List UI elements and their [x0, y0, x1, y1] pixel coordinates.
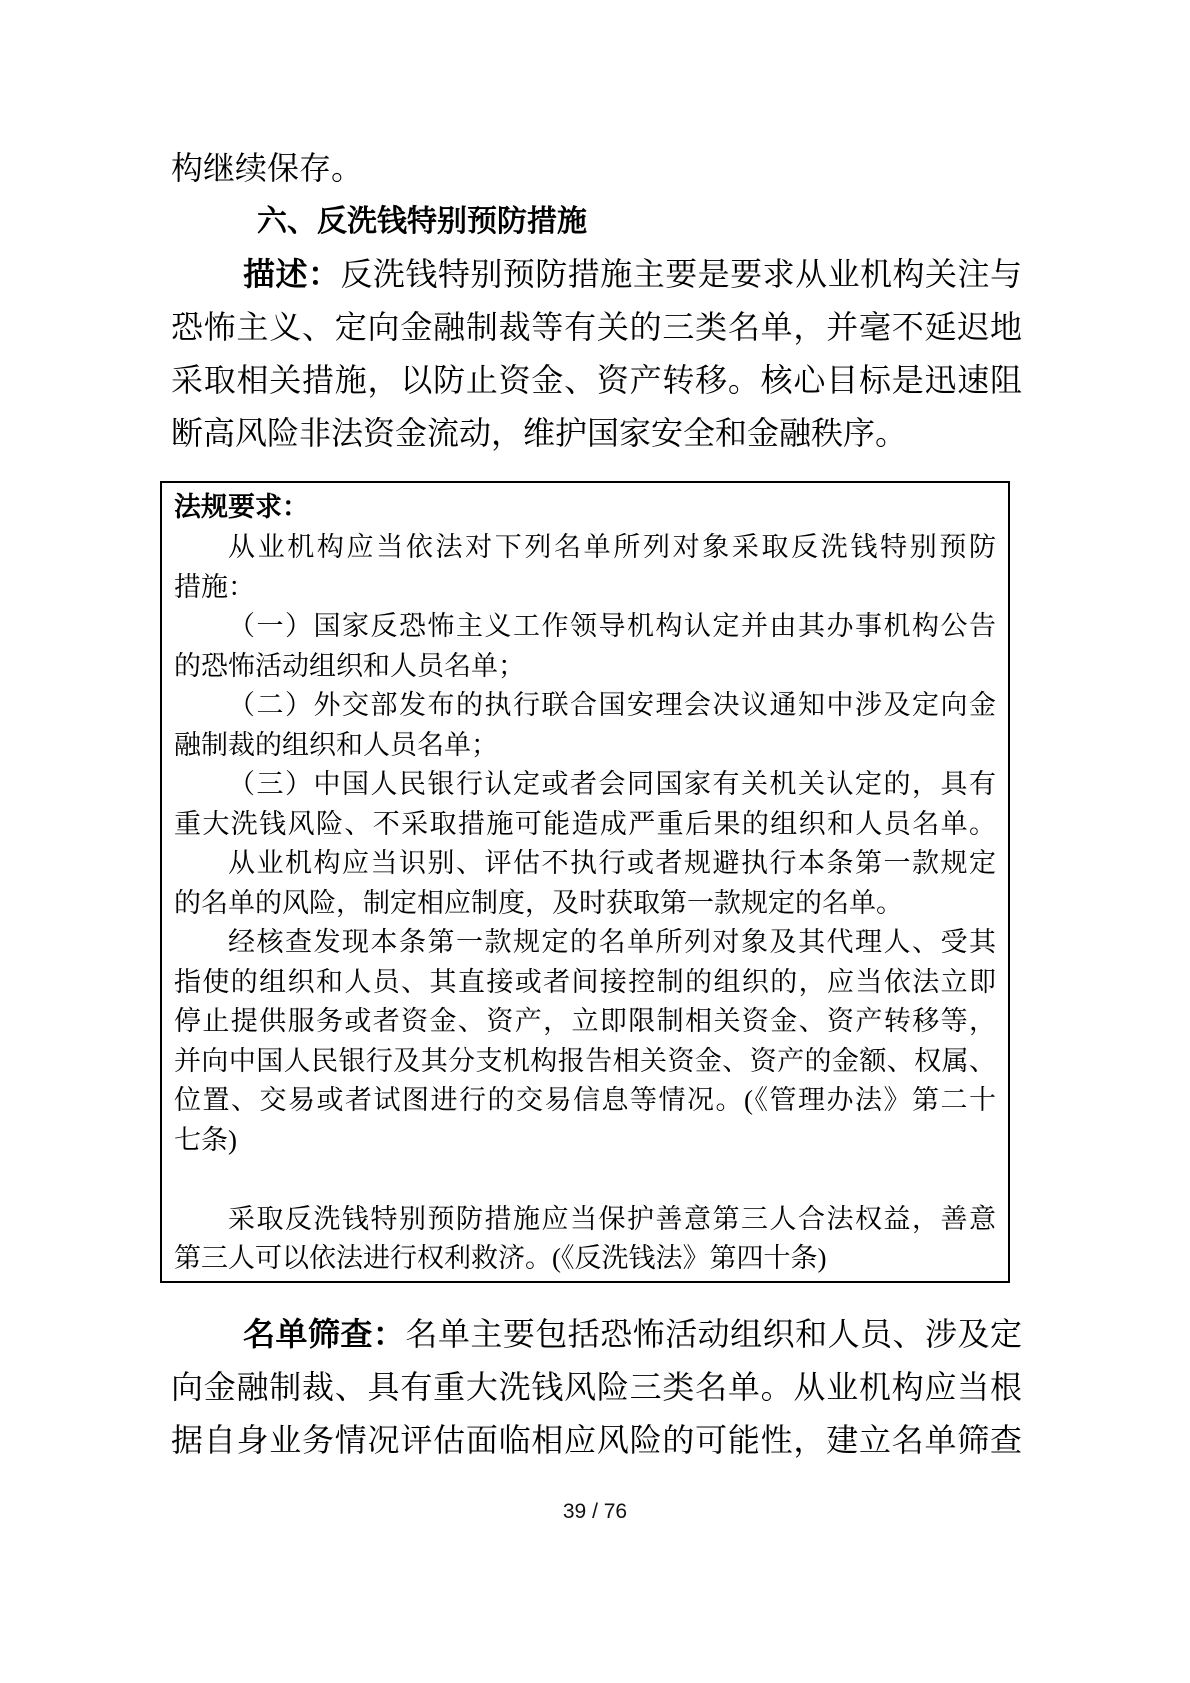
regulation-line: （一）国家反恐怖主义工作领导机构认定并由其办事机构公告	[174, 607, 996, 647]
regulation-line: 第三人可以依法进行权利救济。(《反洗钱法》第四十条)	[174, 1239, 996, 1279]
regulation-line: 采取反洗钱特别预防措施应当保护善意第三人合法权益，善意	[174, 1200, 996, 1240]
regulation-box-title: 法规要求：	[174, 487, 996, 528]
regulation-line: 停止提供服务或者资金、资产，立即限制相关资金、资产转移等，	[174, 1002, 996, 1042]
document-page: 构继续保存。 六、反洗钱特别预防措施 描述：反洗钱特别预防措施主要是要求从业机构…	[0, 0, 1190, 1683]
regulation-line: 的恐怖活动组织和人员名单；	[174, 647, 996, 687]
regulation-line: 从业机构应当依法对下列名单所列对象采取反洗钱特别预防	[174, 528, 996, 568]
regulation-line: 重大洗钱风险、不采取措施可能造成严重后果的组织和人员名单。	[174, 805, 996, 845]
page-footer: 39 / 76	[0, 1500, 1190, 1524]
paragraph-text: 名单主要包括恐怖活动组织和人员、涉及定	[405, 1316, 1022, 1352]
paragraph-line: 断高风险非法资金流动，维护国家安全和金融秩序。	[171, 407, 1022, 460]
document-body: 构继续保存。 六、反洗钱特别预防措施 描述：反洗钱特别预防措施主要是要求从业机构…	[0, 0, 1190, 1467]
paragraph-text: 反洗钱特别预防措施主要是要求从业机构关注与	[340, 256, 1022, 292]
regulation-line: 的名单的风险，制定相应制度，及时获取第一款规定的名单。	[174, 884, 996, 924]
regulation-line: 经核查发现本条第一款规定的名单所列对象及其代理人、受其	[174, 923, 996, 963]
paragraph-line: 恐怖主义、定向金融制裁等有关的三类名单，并毫不延迟地	[171, 301, 1022, 354]
regulation-line: 措施：	[174, 568, 996, 608]
page-number: 39 / 76	[563, 1500, 627, 1523]
paragraph-line: 向金融制裁、具有重大洗钱风险三类名单。从业机构应当根	[171, 1361, 1022, 1414]
regulation-line: 七条)	[174, 1121, 996, 1161]
screening-label: 名单筛查：	[243, 1316, 405, 1352]
regulation-line: 并向中国人民银行及其分支机构报告相关资金、资产的金额、权属、	[174, 1042, 996, 1082]
regulation-box: 法规要求： 从业机构应当依法对下列名单所列对象采取反洗钱特别预防 措施： （一）…	[160, 481, 1010, 1283]
section-heading: 六、反洗钱特别预防措施	[171, 195, 1022, 248]
paragraph-line: 据自身业务情况评估面临相应风险的可能性，建立名单筛查	[171, 1414, 1022, 1467]
description-label: 描述：	[243, 256, 340, 292]
regulation-line: 融制裁的组织和人员名单；	[174, 726, 996, 766]
paragraph-line: 名单筛查：名单主要包括恐怖活动组织和人员、涉及定	[171, 1308, 1022, 1361]
regulation-line: 从业机构应当识别、评估不执行或者规避执行本条第一款规定	[174, 844, 996, 884]
paragraph-line: 描述：反洗钱特别预防措施主要是要求从业机构关注与	[171, 248, 1022, 301]
regulation-line: （三）中国人民银行认定或者会同国家有关机关认定的，具有	[174, 765, 996, 805]
regulation-line: （二）外交部发布的执行联合国安理会决议通知中涉及定向金	[174, 686, 996, 726]
regulation-line: 指使的组织和人员、其直接或者间接控制的组织的，应当依法立即	[174, 963, 996, 1003]
blank-line	[174, 1160, 996, 1200]
paragraph-line: 构继续保存。	[171, 142, 1022, 195]
paragraph-line: 采取相关措施，以防止资金、资产转移。核心目标是迅速阻	[171, 354, 1022, 407]
regulation-line: 位置、交易或者试图进行的交易信息等情况。(《管理办法》第二十	[174, 1081, 996, 1121]
screening-paragraph: 名单筛查：名单主要包括恐怖活动组织和人员、涉及定 向金融制裁、具有重大洗钱风险三…	[0, 1308, 1190, 1467]
description-paragraph: 描述：反洗钱特别预防措施主要是要求从业机构关注与 恐怖主义、定向金融制裁等有关的…	[0, 248, 1190, 460]
